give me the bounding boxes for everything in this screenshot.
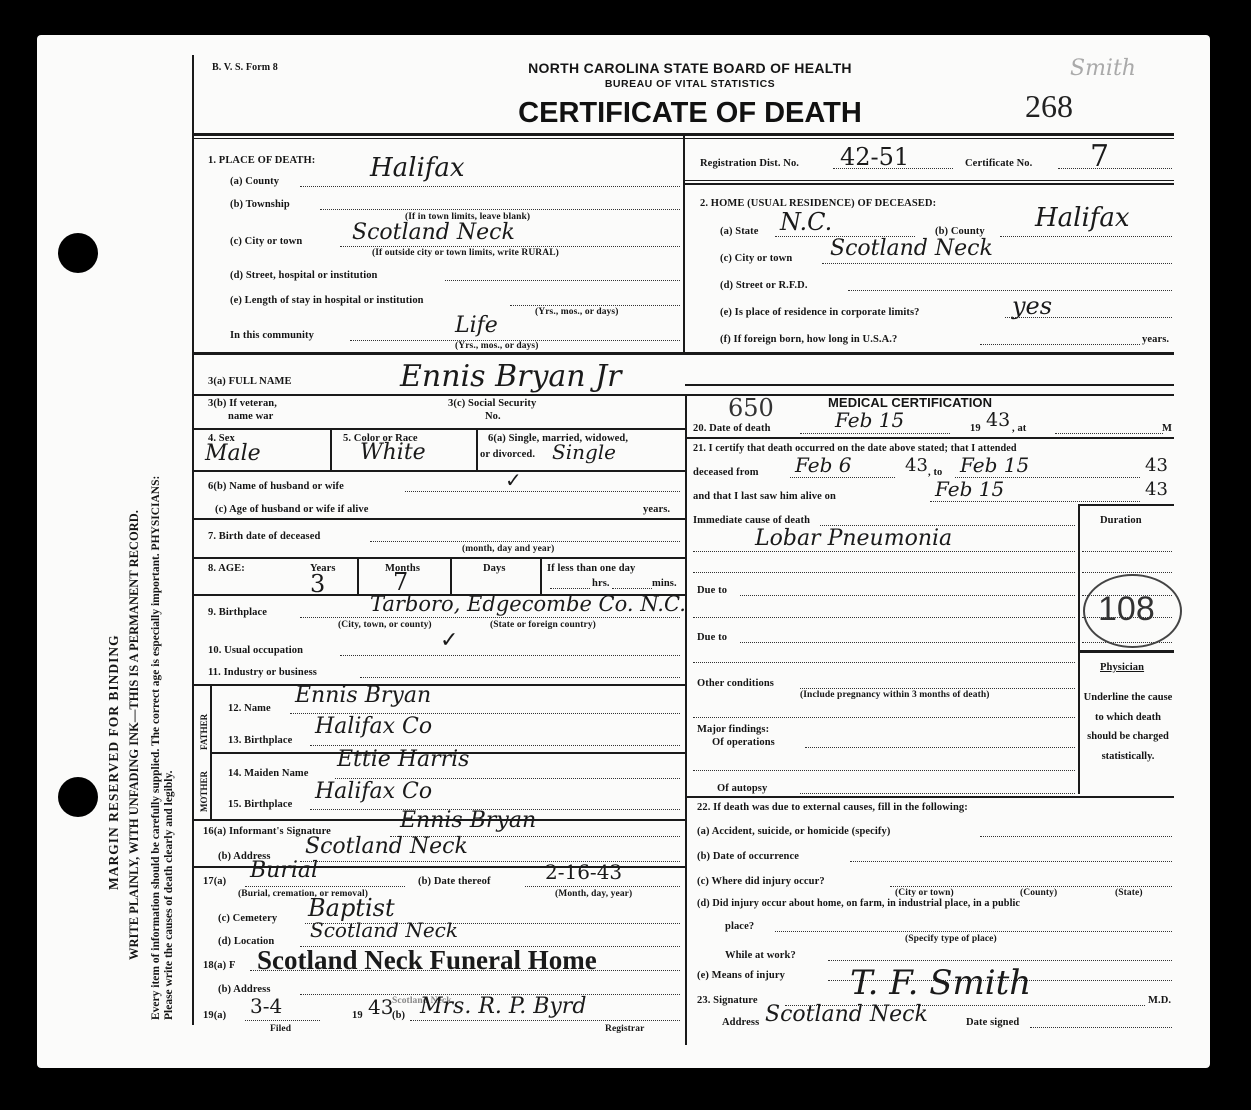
last-saw-field[interactable]: Feb 15 bbox=[935, 479, 1004, 499]
death-township-field[interactable] bbox=[320, 209, 680, 210]
city-hint: (If outside city or town limits, write R… bbox=[372, 248, 559, 258]
injury-place-field[interactable] bbox=[775, 931, 1172, 932]
home-state-label: (a) State bbox=[720, 226, 759, 237]
attended-from-field[interactable]: Feb 6 bbox=[795, 455, 852, 475]
age-label: 8. AGE: bbox=[208, 563, 245, 574]
industry-field[interactable] bbox=[360, 677, 680, 678]
registrar-hint: Registrar bbox=[605, 1024, 644, 1034]
left-frame-line bbox=[192, 55, 194, 1025]
death-street-label: (d) Street, hospital or institution bbox=[230, 270, 378, 281]
accident-field[interactable] bbox=[980, 836, 1172, 837]
death-city-field[interactable]: Scotland Neck bbox=[352, 222, 515, 244]
autopsy-label: Of autopsy bbox=[717, 783, 767, 794]
center-divider-bottom bbox=[685, 395, 687, 1045]
due-to-2-field[interactable] bbox=[740, 642, 1075, 643]
due-to-1-field[interactable] bbox=[740, 595, 1075, 596]
mother-side-label: MOTHER bbox=[199, 771, 209, 812]
immediate-cause-label: Immediate cause of death bbox=[693, 515, 810, 526]
filed-date-field[interactable]: 3-4 bbox=[250, 996, 282, 1016]
stay-label: (e) Length of stay in hospital or instit… bbox=[230, 295, 424, 306]
operations-field[interactable] bbox=[805, 747, 1075, 748]
veteran-label: 3(b) If veteran, bbox=[208, 398, 277, 409]
marital-field[interactable]: Single bbox=[552, 442, 616, 462]
birth-date-hint: (month, day and year) bbox=[462, 544, 554, 554]
injury-city-hint: (City or town) bbox=[895, 888, 954, 898]
injury-place-label: (d) Did injury occur about home, on farm… bbox=[697, 898, 1020, 909]
spouse-age-label: (c) Age of husband or wife if alive bbox=[215, 504, 369, 515]
full-name-field[interactable]: Ennis Bryan Jr bbox=[400, 362, 622, 392]
home-state-field[interactable]: N.C. bbox=[780, 210, 832, 234]
certificate-no-label: Certificate No. bbox=[965, 158, 1032, 169]
occupation-field[interactable]: ✓ bbox=[440, 630, 458, 652]
disposition-field[interactable]: Burial bbox=[250, 860, 318, 882]
while-at-work-field[interactable] bbox=[828, 960, 1172, 961]
less-than-day-label: If less than one day bbox=[547, 563, 635, 574]
means-of-injury-label: (e) Means of injury bbox=[697, 970, 785, 981]
due-to-1-label: Due to bbox=[697, 585, 727, 596]
physician-address-label: Address bbox=[722, 1017, 759, 1028]
due-to-2-label: Due to bbox=[697, 632, 727, 643]
time-of-death-field[interactable] bbox=[1055, 433, 1163, 434]
place-of-death-heading: 1. PLACE OF DEATH: bbox=[208, 155, 315, 166]
home-county-field[interactable]: Halifax bbox=[1035, 205, 1130, 231]
attended-to-year[interactable]: 43 bbox=[1145, 457, 1168, 475]
mother-name-label: 14. Maiden Name bbox=[228, 768, 309, 779]
at-label: , at bbox=[1012, 423, 1026, 434]
duration-label: Duration bbox=[1100, 515, 1142, 526]
death-county-field[interactable]: Halifax bbox=[370, 155, 465, 181]
days-label: Days bbox=[483, 563, 506, 574]
sex-field[interactable]: Male bbox=[205, 443, 261, 465]
full-name-label: 3(a) FULL NAME bbox=[208, 376, 292, 387]
stay-field[interactable] bbox=[510, 305, 680, 306]
death-city-label: (c) City or town bbox=[230, 236, 302, 247]
place-type-hint: (Specify type of place) bbox=[905, 934, 997, 944]
home-city-label: (c) City or town bbox=[720, 253, 792, 264]
industry-label: 11. Industry or business bbox=[208, 667, 317, 678]
margin-write-plainly-text: WRITE PLAINLY, WITH UNFADING INK—THIS IS… bbox=[127, 510, 142, 960]
months-field[interactable]: 7 bbox=[393, 570, 408, 594]
accident-label: (a) Accident, suicide, or homicide (spec… bbox=[697, 826, 890, 837]
informant-signature-field[interactable]: Ennis Bryan bbox=[400, 810, 536, 832]
autopsy-field[interactable] bbox=[800, 793, 1075, 794]
filed-label: 19(a) bbox=[203, 1010, 226, 1021]
punch-hole bbox=[58, 777, 98, 817]
birthplace-hint-state: (State or foreign country) bbox=[490, 620, 596, 630]
death-county-label: (a) County bbox=[230, 176, 279, 187]
attended-to-field[interactable]: Feb 15 bbox=[960, 455, 1029, 475]
external-causes-heading: 22. If death was due to external causes,… bbox=[697, 802, 968, 813]
registrar-field[interactable]: Mrs. R. P. Byrd bbox=[420, 996, 586, 1018]
father-name-label: 12. Name bbox=[228, 703, 271, 714]
father-birthplace-label: 13. Birthplace bbox=[228, 735, 292, 746]
date-of-death-field[interactable]: Feb 15 bbox=[835, 410, 904, 430]
birthplace-label: 9. Birthplace bbox=[208, 607, 267, 618]
date-signed-label: Date signed bbox=[966, 1017, 1019, 1028]
community-label: In this community bbox=[230, 330, 314, 341]
physician-address-field[interactable]: Scotland Neck bbox=[765, 1004, 928, 1026]
race-field[interactable]: White bbox=[360, 442, 426, 464]
corner-note: Smith bbox=[1070, 58, 1136, 80]
spouse-age-unit: years. bbox=[643, 504, 670, 515]
while-at-work-label: While at work? bbox=[725, 950, 796, 961]
mother-birthplace-field[interactable]: Halifax Co bbox=[315, 781, 432, 803]
hrs-field[interactable] bbox=[550, 588, 590, 589]
hrs-label: hrs. bbox=[592, 578, 610, 589]
registrar-label: (b) bbox=[392, 1010, 405, 1021]
margin-cause-note: Please write the causes of death clearly… bbox=[163, 771, 175, 1020]
duration-column-divider bbox=[1078, 504, 1080, 794]
section-rule bbox=[192, 352, 1174, 355]
injury-place-label-2: place? bbox=[725, 921, 754, 932]
pregnancy-hint: (Include pregnancy within 3 months of de… bbox=[800, 690, 990, 700]
stay-hint: (Yrs., mos., or days) bbox=[535, 307, 618, 317]
corporate-limits-field[interactable]: yes bbox=[1012, 294, 1052, 318]
last-saw-label: and that I last saw him alive on bbox=[693, 491, 836, 502]
burial-date-field[interactable]: 2-16-43 bbox=[545, 862, 622, 882]
burial-date-hint: (Month, day, year) bbox=[555, 889, 632, 899]
funeral-director-label: 18(a) F bbox=[203, 960, 235, 971]
margin-binding-text: MARGIN RESERVED FOR BINDING bbox=[106, 634, 122, 890]
physician-signature-label: 23. Signature bbox=[697, 995, 758, 1006]
mins-label: mins. bbox=[652, 578, 677, 589]
community-hint: (Yrs., mos., or days) bbox=[455, 341, 538, 351]
death-year-prefix: 19 bbox=[970, 423, 981, 434]
center-divider-top bbox=[683, 136, 685, 354]
cause-code: 108 bbox=[1098, 592, 1155, 626]
certificate-title: CERTIFICATE OF DEATH bbox=[440, 97, 940, 130]
date-signed-field[interactable] bbox=[1030, 1027, 1172, 1028]
years-field[interactable]: 3 bbox=[310, 572, 325, 596]
home-street-label: (d) Street or R.F.D. bbox=[720, 280, 808, 291]
birth-date-label: 7. Birth date of deceased bbox=[208, 531, 320, 542]
registration-dist-label: Registration Dist. No. bbox=[700, 158, 799, 169]
filed-year-prefix: 19 bbox=[352, 1010, 363, 1021]
informant-address-field[interactable]: Scotland Neck bbox=[305, 836, 468, 858]
other-conditions-field[interactable] bbox=[800, 688, 1075, 689]
md-label: M.D. bbox=[1148, 995, 1171, 1006]
death-township-label: (b) Township bbox=[230, 199, 290, 210]
file-number: 650 bbox=[728, 396, 774, 420]
home-street-field[interactable] bbox=[848, 290, 1172, 291]
mother-name-field[interactable]: Ettie Harris bbox=[337, 749, 469, 771]
cemetery-field[interactable]: Baptist bbox=[308, 896, 395, 920]
birthplace-hint-city: (City, town, or county) bbox=[338, 620, 432, 630]
attended-from-year[interactable]: 43 bbox=[905, 457, 928, 475]
injury-county-hint: (County) bbox=[1020, 888, 1057, 898]
occurrence-date-label: (b) Date of occurrence bbox=[697, 851, 799, 862]
community-field[interactable]: Life bbox=[455, 315, 498, 337]
occupation-label: 10. Usual occupation bbox=[208, 645, 303, 656]
marital-label-2: or divorced. bbox=[480, 449, 535, 460]
father-birthplace-field[interactable]: Halifax Co bbox=[315, 716, 432, 738]
m-label: M bbox=[1162, 423, 1172, 434]
filed-hint: Filed bbox=[270, 1024, 291, 1034]
ssn-label: 3(c) Social Security bbox=[448, 398, 536, 409]
corporate-limits-label: (e) Is place of residence in corporate l… bbox=[720, 307, 920, 318]
ssn-label-2: No. bbox=[485, 411, 501, 422]
mother-birthplace-label: 15. Birthplace bbox=[228, 799, 292, 810]
injury-location-field[interactable] bbox=[890, 886, 1172, 887]
veteran-label-2: name war bbox=[228, 411, 273, 422]
foreign-years-unit: years. bbox=[1142, 334, 1169, 345]
operations-label: Of operations bbox=[712, 737, 775, 748]
death-year-field[interactable]: 43 bbox=[986, 411, 1010, 430]
father-side-label: FATHER bbox=[199, 714, 209, 750]
foreign-born-label: (f) If foreign born, how long in U.S.A.? bbox=[720, 334, 897, 345]
father-name-field[interactable]: Ennis Bryan bbox=[295, 685, 431, 707]
occurrence-date-field[interactable] bbox=[850, 861, 1172, 862]
cemetery-label: (c) Cemetery bbox=[218, 913, 277, 924]
birthplace-field[interactable]: Tarboro, Edgecombe Co. N.C. bbox=[370, 594, 686, 615]
stamp-number: 268 bbox=[1025, 88, 1073, 125]
other-conditions-label: Other conditions bbox=[697, 678, 774, 689]
death-street-field[interactable] bbox=[445, 280, 680, 281]
birth-date-field[interactable] bbox=[370, 541, 680, 542]
physician-note: Underline the cause to which death shoul… bbox=[1082, 688, 1174, 766]
burial-date-label: (b) Date thereof bbox=[418, 876, 491, 887]
margin-instructions-text: Every item of information should be care… bbox=[150, 476, 162, 1020]
foreign-born-field[interactable] bbox=[980, 344, 1140, 345]
physician-signature-field[interactable]: T. F. Smith bbox=[850, 966, 1031, 1000]
physician-heading: Physician bbox=[1100, 662, 1144, 673]
attended-from-label: deceased from bbox=[693, 467, 759, 478]
location-field[interactable]: Scotland Neck bbox=[310, 920, 458, 940]
agency-name: NORTH CAROLINA STATE BOARD OF HEALTH bbox=[430, 60, 950, 76]
filed-year-field[interactable]: 43 bbox=[368, 997, 393, 1017]
spouse-field[interactable]: ✓ bbox=[505, 470, 522, 490]
mins-field[interactable] bbox=[612, 588, 652, 589]
home-city-field[interactable]: Scotland Neck bbox=[830, 238, 993, 260]
registration-dist-field[interactable]: 42-51 bbox=[840, 145, 909, 169]
injury-location-label: (c) Where did injury occur? bbox=[697, 876, 825, 887]
certificate-no-field[interactable]: 7 bbox=[1090, 142, 1109, 172]
injury-state-hint: (State) bbox=[1115, 888, 1143, 898]
punch-hole bbox=[58, 233, 98, 273]
bureau-name: BUREAU OF VITAL STATISTICS bbox=[430, 78, 950, 90]
major-findings-label: Major findings: bbox=[697, 724, 769, 735]
last-saw-year[interactable]: 43 bbox=[1145, 481, 1168, 499]
disposition-label: 17(a) bbox=[203, 876, 226, 887]
immediate-cause-field[interactable]: Lobar Pneumonia bbox=[755, 528, 952, 550]
form-id: B. V. S. Form 8 bbox=[212, 62, 278, 73]
spouse-label: 6(b) Name of husband or wife bbox=[208, 481, 344, 492]
date-of-death-label: 20. Date of death bbox=[693, 423, 771, 434]
